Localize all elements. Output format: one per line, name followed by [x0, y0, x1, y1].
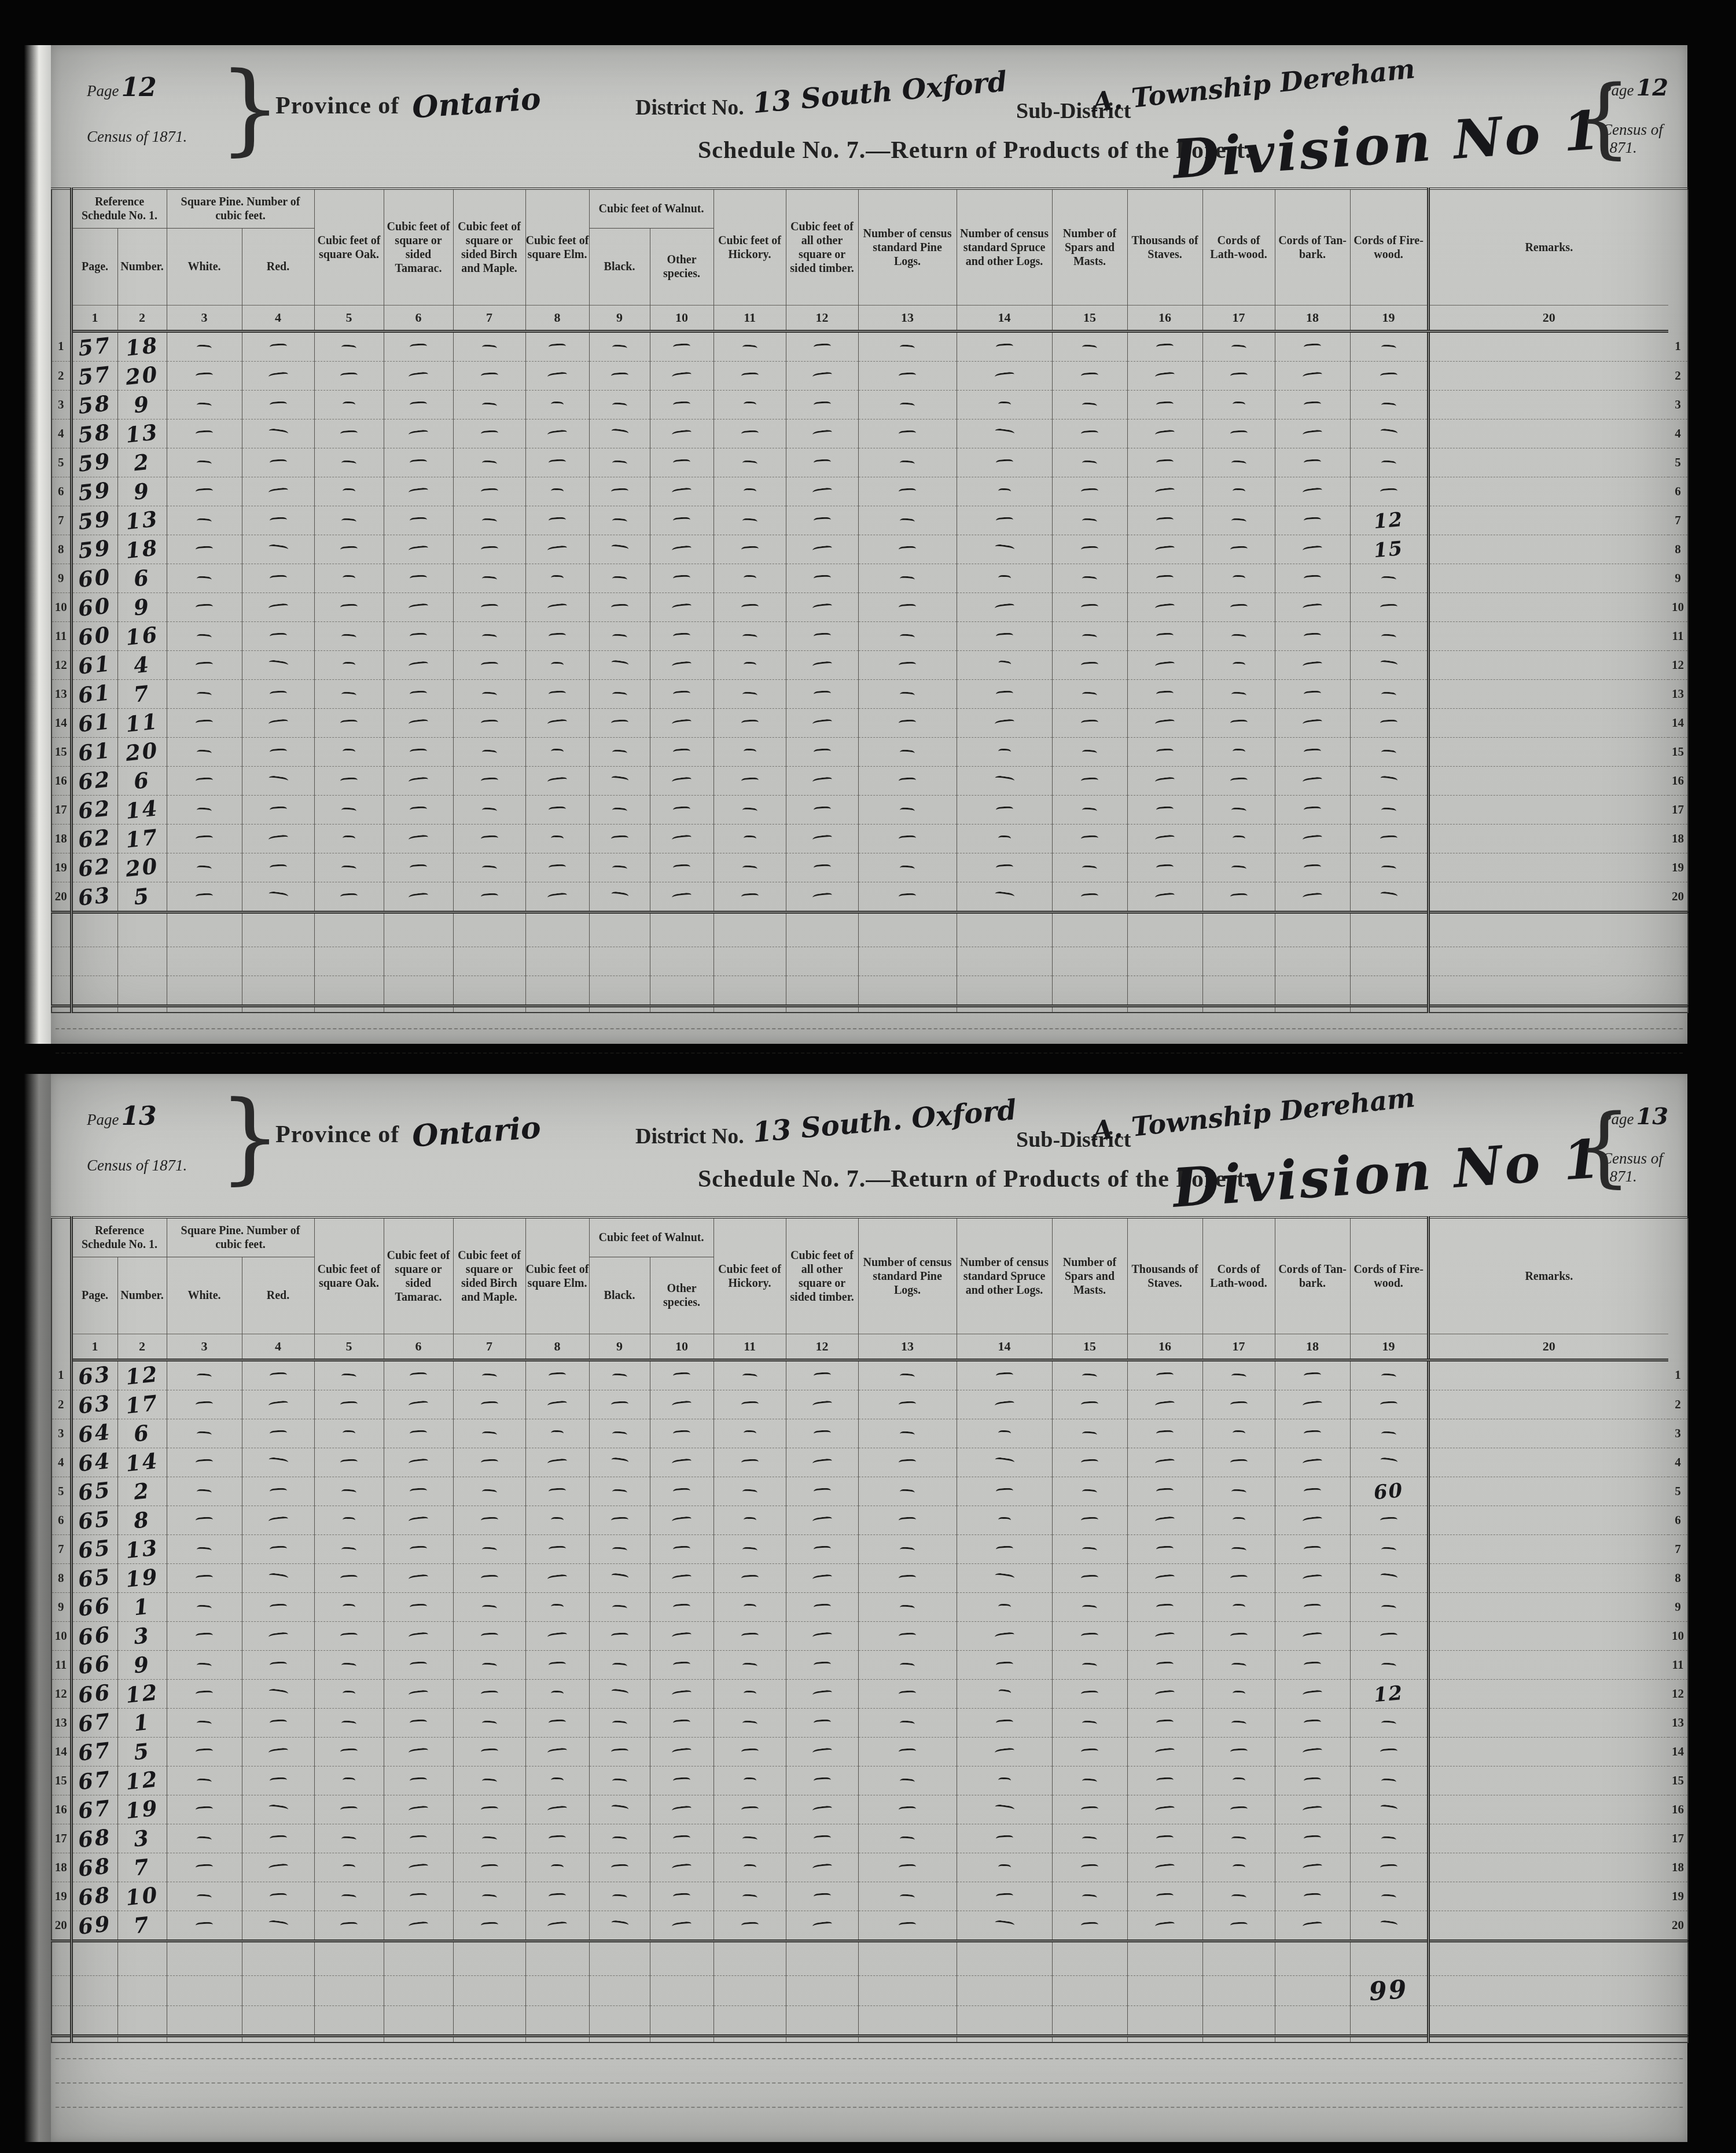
cell-9 [589, 419, 650, 448]
nil-dash-mark [998, 1864, 1010, 1870]
cell-5 [314, 1853, 384, 1882]
cell-12 [786, 1390, 858, 1419]
nil-dash-mark [268, 1631, 288, 1639]
cell-9 [589, 1477, 650, 1506]
cell-9 [589, 564, 650, 593]
cell-19 [1350, 419, 1428, 448]
column-header: Other species. [650, 229, 713, 306]
nil-dash-mark [410, 864, 427, 871]
cell-9 [589, 1506, 650, 1535]
cell-4 [242, 1795, 314, 1824]
nil-dash-mark [742, 1836, 757, 1843]
cell-7 [453, 477, 525, 506]
nil-dash-mark [481, 1373, 497, 1380]
blank-cell [1052, 976, 1127, 1006]
nil-dash-mark [899, 835, 916, 842]
nil-dash-mark [673, 1488, 690, 1495]
nil-dash-mark [197, 749, 212, 756]
nil-dash-mark [341, 1894, 357, 1901]
nil-dash-mark [1156, 517, 1174, 524]
cell-10 [650, 1506, 713, 1535]
cell-4 [242, 651, 314, 680]
cell-14 [957, 709, 1052, 738]
cell-16 [1127, 1709, 1202, 1738]
cell-reference-number: 13 [117, 419, 167, 448]
cell-13 [858, 738, 957, 767]
nil-dash-mark [1232, 575, 1245, 581]
table-row: 1467514 [52, 1738, 1688, 1766]
cell-reference-number: 12 [117, 1360, 167, 1390]
nil-dash-mark [742, 1894, 757, 1901]
nil-dash-mark [196, 603, 213, 610]
nil-dash-mark [1156, 1488, 1174, 1495]
cell-reference-page: 61 [71, 709, 117, 738]
nil-dash-mark [1231, 1373, 1246, 1380]
nil-dash-mark [1303, 602, 1323, 610]
cell-12 [786, 709, 858, 738]
table-row: 14611114 [52, 709, 1688, 738]
nil-dash-mark [1081, 1517, 1098, 1523]
nil-dash-mark [268, 890, 288, 899]
cell-14 [957, 1622, 1052, 1651]
blank-cell [1275, 976, 1350, 1006]
cell-18 [1275, 391, 1350, 419]
cell-11 [713, 1593, 786, 1622]
row-number-left: 8 [52, 1564, 71, 1593]
nil-dash-mark [481, 402, 497, 409]
nil-dash-mark [812, 1920, 832, 1929]
cell-13 [858, 1824, 957, 1853]
cell-3 [167, 1535, 242, 1564]
nil-dash-mark [1231, 807, 1246, 814]
cell-17 [1202, 796, 1275, 825]
nil-dash-mark [340, 777, 358, 784]
cell-10 [650, 622, 713, 651]
cell-5 [314, 767, 384, 796]
nil-dash-mark [994, 371, 1014, 379]
blank-cell [1350, 918, 1428, 947]
table-row: 35893 [52, 391, 1688, 419]
cell-7 [453, 332, 525, 362]
cell-19 [1350, 1651, 1428, 1680]
blank-cell [167, 1976, 242, 2006]
nil-dash-mark [672, 1458, 692, 1466]
nil-dash-mark [1381, 1720, 1396, 1727]
cell-5 [314, 506, 384, 535]
cell-11 [713, 651, 786, 680]
nil-dash-mark [673, 459, 690, 466]
cell-6 [384, 796, 453, 825]
cell-7 [453, 1882, 525, 1911]
row-number-left: 12 [52, 651, 71, 680]
table-row: 263172 [52, 1390, 1688, 1419]
cell-6 [384, 332, 453, 362]
rule-cell [1052, 1006, 1127, 1013]
column-header: Black. [589, 1257, 650, 1334]
nil-dash-mark [813, 401, 830, 408]
nil-dash-mark [549, 1719, 566, 1726]
cell-8 [525, 1477, 589, 1506]
cell-reference-number: 16 [117, 622, 167, 651]
nil-dash-mark [1231, 1547, 1246, 1554]
cell-9 [589, 1448, 650, 1477]
nil-dash-mark [812, 1805, 832, 1813]
cell-7 [453, 1651, 525, 1680]
column-number: 13 [858, 306, 957, 332]
cell-reference-number: 10 [117, 1882, 167, 1911]
cell-remarks [1428, 1651, 1668, 1680]
cell-15 [1052, 564, 1127, 593]
row-number-right: 12 [1668, 651, 1688, 680]
cell-17 [1202, 767, 1275, 796]
nil-dash-mark [900, 1373, 915, 1380]
cell-remarks [1428, 1709, 1668, 1738]
cell-reference-number: 18 [117, 535, 167, 564]
cell-14 [957, 1680, 1052, 1709]
column-number: 14 [957, 1334, 1052, 1360]
cell-9 [589, 882, 650, 912]
nil-dash-mark [610, 1864, 628, 1871]
nil-dash-mark [900, 749, 915, 756]
cell-12 [786, 825, 858, 853]
nil-dash-mark [1303, 1515, 1323, 1523]
cell-19 [1350, 709, 1428, 738]
cell-reference-number: 20 [117, 362, 167, 391]
cell-10 [650, 1853, 713, 1882]
cell-18 [1275, 1535, 1350, 1564]
table-row: 1266121212 [52, 1680, 1688, 1709]
nil-dash-mark [612, 1778, 627, 1785]
nil-dash-mark [409, 892, 429, 900]
cell-3 [167, 709, 242, 738]
blank-cell [1275, 1947, 1350, 1976]
cell-8 [525, 535, 589, 564]
blank-cell [650, 2006, 713, 2036]
row-number-right: 12 [1668, 1680, 1688, 1709]
census-sheet-page-13: Page 13 Census of 1871. } Province of On… [51, 1074, 1687, 2142]
cell-3 [167, 1419, 242, 1448]
cell-3 [167, 622, 242, 651]
nil-dash-mark [551, 835, 564, 841]
row-number-left: 1 [52, 332, 71, 362]
cell-11 [713, 1651, 786, 1680]
province-handwritten: Ontario [411, 81, 542, 125]
nil-dash-mark [610, 719, 628, 726]
row-number-right: 1 [1668, 1360, 1688, 1390]
rule-cell [786, 1006, 858, 1013]
cell-14 [957, 1419, 1052, 1448]
nil-dash-mark [197, 344, 212, 351]
cell-13 [858, 1448, 957, 1477]
page-census-block-left: Page 12 Census of 1871. [87, 73, 187, 146]
cell-4 [242, 853, 314, 882]
cell-11 [713, 506, 786, 535]
nil-dash-mark [998, 401, 1010, 407]
cell-3 [167, 1564, 242, 1593]
cell-15 [1052, 1651, 1127, 1680]
cell-14 [957, 391, 1052, 419]
nil-dash-mark [1232, 401, 1245, 407]
cell-17 [1202, 593, 1275, 622]
nil-dash-mark [1155, 544, 1175, 553]
blank-cell [1202, 1976, 1275, 2006]
cell-6 [384, 1651, 453, 1680]
column-header: Cubic feet of Hickory. [713, 189, 786, 306]
cell-8 [525, 332, 589, 362]
nil-dash-mark [742, 1662, 757, 1669]
column-header: Number. [117, 229, 167, 306]
cell-6 [384, 448, 453, 477]
rule-cell [52, 1006, 71, 1013]
nil-dash-mark [1082, 460, 1098, 467]
nil-dash-mark [1081, 546, 1098, 553]
cell-reference-number: 3 [117, 1824, 167, 1853]
nil-dash-mark [549, 343, 566, 350]
rule-cell [957, 1941, 1052, 1948]
blank-cell [1350, 1947, 1428, 1976]
rule-cell [650, 1006, 713, 1013]
nil-dash-mark [197, 1489, 212, 1496]
cell-19 [1350, 1709, 1428, 1738]
cell-19 [1350, 767, 1428, 796]
nil-dash-mark [1303, 544, 1323, 553]
nil-dash-mark [547, 371, 568, 379]
nil-dash-mark [268, 834, 288, 842]
cell-14 [957, 1882, 1052, 1911]
blank-cell [314, 2006, 384, 2036]
column-number: 20 [1428, 306, 1668, 332]
rule-cell [525, 1941, 589, 1948]
nil-dash-mark [672, 602, 692, 610]
cell-13 [858, 1564, 957, 1593]
nil-dash-mark [1155, 776, 1175, 784]
cell-7 [453, 1709, 525, 1738]
row-number-right [1668, 1947, 1688, 1976]
nil-dash-mark [268, 1688, 288, 1696]
blank-cell [71, 2006, 117, 2036]
cell-8 [525, 1390, 589, 1419]
division-handwritten: Division No 1 [1171, 98, 1604, 191]
nil-dash-mark [343, 575, 355, 581]
cell-14 [957, 853, 1052, 882]
blank-cell [1428, 2006, 1668, 2036]
row-number-left [52, 976, 71, 1006]
cell-4 [242, 448, 314, 477]
cell-11 [713, 535, 786, 564]
nil-dash-mark [1304, 1603, 1321, 1610]
cell-4 [242, 738, 314, 767]
blank-cell [453, 976, 525, 1006]
cell-reference-page: 59 [71, 477, 117, 506]
blank-cell [650, 976, 713, 1006]
blank-cell [858, 1947, 957, 1976]
nil-dash-mark [741, 1748, 758, 1755]
cell-5 [314, 622, 384, 651]
nil-dash-mark [743, 1430, 756, 1436]
cell-reference-number: 6 [117, 767, 167, 796]
nil-dash-mark [899, 372, 916, 379]
cell-10 [650, 680, 713, 709]
cell-6 [384, 391, 453, 419]
nil-dash-mark [813, 1835, 830, 1842]
cell-16 [1127, 1419, 1202, 1448]
blank-cell [589, 947, 650, 976]
nil-dash-mark [410, 1545, 427, 1552]
cell-10 [650, 853, 713, 882]
cell-14 [957, 1911, 1052, 1941]
blank-cell [167, 2006, 242, 2036]
cell-4 [242, 1390, 314, 1419]
nil-dash-mark [1082, 576, 1098, 583]
nil-dash-mark [612, 1373, 627, 1380]
nil-dash-mark [409, 1515, 429, 1523]
nil-dash-mark [269, 459, 286, 466]
nil-dash-mark [269, 632, 286, 639]
row-number-right: 19 [1668, 853, 1688, 882]
row-number-right: 7 [1668, 506, 1688, 535]
cell-14 [957, 825, 1052, 853]
cell-15 [1052, 1738, 1127, 1766]
nil-dash-mark [812, 371, 832, 379]
nil-dash-mark [1230, 1748, 1247, 1755]
nil-dash-mark [1082, 1373, 1098, 1380]
blank-cell [1127, 976, 1202, 1006]
cell-5 [314, 651, 384, 680]
firewood-value-handwritten: 15 [1373, 536, 1404, 562]
blank-cell [786, 976, 858, 1006]
cell-4 [242, 1622, 314, 1651]
table-row: 257202 [52, 362, 1688, 391]
cell-5 [314, 1419, 384, 1448]
rule-cell [1275, 1006, 1350, 1013]
nil-dash-mark [197, 1662, 212, 1669]
cell-9 [589, 1795, 650, 1824]
rule-cell [713, 1941, 786, 1948]
nil-dash-mark [410, 1488, 427, 1495]
province-block: Province of Ontario [275, 1114, 541, 1150]
blank-cell [1052, 918, 1127, 947]
nil-dash-mark [1230, 777, 1247, 784]
cell-15 [1052, 825, 1127, 853]
nil-dash-mark [673, 401, 690, 408]
cell-10 [650, 1651, 713, 1680]
nil-dash-mark [672, 892, 692, 900]
nil-dash-mark [813, 1488, 830, 1495]
cell-reference-page: 60 [71, 593, 117, 622]
cell-reference-number: 9 [117, 477, 167, 506]
cell-8 [525, 1795, 589, 1824]
blank-cell [117, 976, 167, 1006]
nil-dash-mark [1304, 343, 1321, 350]
cell-15 [1052, 506, 1127, 535]
cell-10 [650, 1795, 713, 1824]
nil-dash-mark [269, 690, 286, 697]
nil-dash-mark [1082, 1662, 1098, 1669]
column-group-walnut: Cubic feet of Walnut. [589, 189, 713, 229]
nil-dash-mark [812, 1631, 832, 1639]
nil-dash-mark [1156, 1430, 1174, 1437]
district-handwritten: 13 South. Oxford [751, 1094, 1018, 1149]
nil-dash-mark [343, 1777, 355, 1783]
cell-18 [1275, 1390, 1350, 1419]
cell-9 [589, 448, 650, 477]
blank-cell [167, 1947, 242, 1976]
nil-dash-mark [1232, 488, 1245, 494]
blank-row [52, 918, 1688, 947]
nil-dash-mark [1082, 1720, 1098, 1727]
nil-dash-mark [900, 634, 915, 641]
nil-dash-mark [1304, 1893, 1321, 1900]
nil-dash-mark [741, 546, 758, 553]
nil-dash-mark [547, 776, 568, 784]
row-number-right: 16 [1668, 767, 1688, 796]
nil-dash-mark [480, 603, 498, 610]
cell-7 [453, 1593, 525, 1622]
nil-dash-mark [1155, 1863, 1175, 1871]
nil-dash-mark [1303, 1573, 1323, 1581]
cell-16 [1127, 1911, 1202, 1941]
nil-dash-mark [268, 1919, 288, 1928]
nil-dash-mark [481, 460, 497, 467]
nil-dash-mark [1381, 1373, 1396, 1380]
nil-dash-mark [994, 1919, 1014, 1928]
nil-dash-mark [1380, 835, 1397, 842]
nil-dash-mark [813, 864, 830, 871]
nil-dash-mark [743, 401, 756, 407]
nil-dash-mark [900, 576, 915, 583]
cell-9 [589, 593, 650, 622]
nil-dash-mark [1304, 864, 1321, 871]
row-number-left: 3 [52, 391, 71, 419]
cell-reference-page: 62 [71, 796, 117, 825]
cell-6 [384, 1360, 453, 1390]
cell-16 [1127, 1448, 1202, 1477]
cell-reference-number: 6 [117, 564, 167, 593]
nil-dash-mark [343, 1517, 355, 1523]
cell-8 [525, 1824, 589, 1853]
nil-dash-mark [1082, 865, 1098, 872]
rule-cell [71, 912, 117, 919]
nil-dash-mark [994, 890, 1014, 899]
province-block: Province of Ontario [275, 86, 541, 121]
blank-cell [650, 1947, 713, 1976]
nil-dash-mark [741, 430, 758, 437]
cell-8 [525, 1882, 589, 1911]
district-block: District No. 13 South. Oxford [635, 1118, 1017, 1150]
nil-dash-mark [1230, 603, 1247, 610]
nil-dash-mark [812, 544, 832, 553]
nil-dash-mark [1155, 1400, 1175, 1408]
page-label: Page [87, 82, 119, 100]
nil-dash-mark [1303, 718, 1323, 726]
nil-dash-mark [1155, 660, 1175, 668]
cell-13 [858, 1477, 957, 1506]
nil-dash-mark [673, 690, 690, 697]
subdistrict-block: Sub-District A. Township Dereham [1016, 1127, 1131, 1153]
cell-10 [650, 1882, 713, 1911]
cell-19: 60 [1350, 1477, 1428, 1506]
row-number-right [1668, 918, 1688, 947]
cell-8 [525, 1564, 589, 1593]
cell-3 [167, 796, 242, 825]
page-bottom-rules [51, 2058, 1687, 2108]
blank-cell [242, 918, 314, 947]
cell-19 [1350, 853, 1428, 882]
nil-dash-mark [547, 1920, 568, 1929]
nil-dash-mark [1155, 1689, 1175, 1697]
nil-dash-mark [612, 1720, 627, 1727]
row-number-right: 14 [1668, 1738, 1688, 1766]
